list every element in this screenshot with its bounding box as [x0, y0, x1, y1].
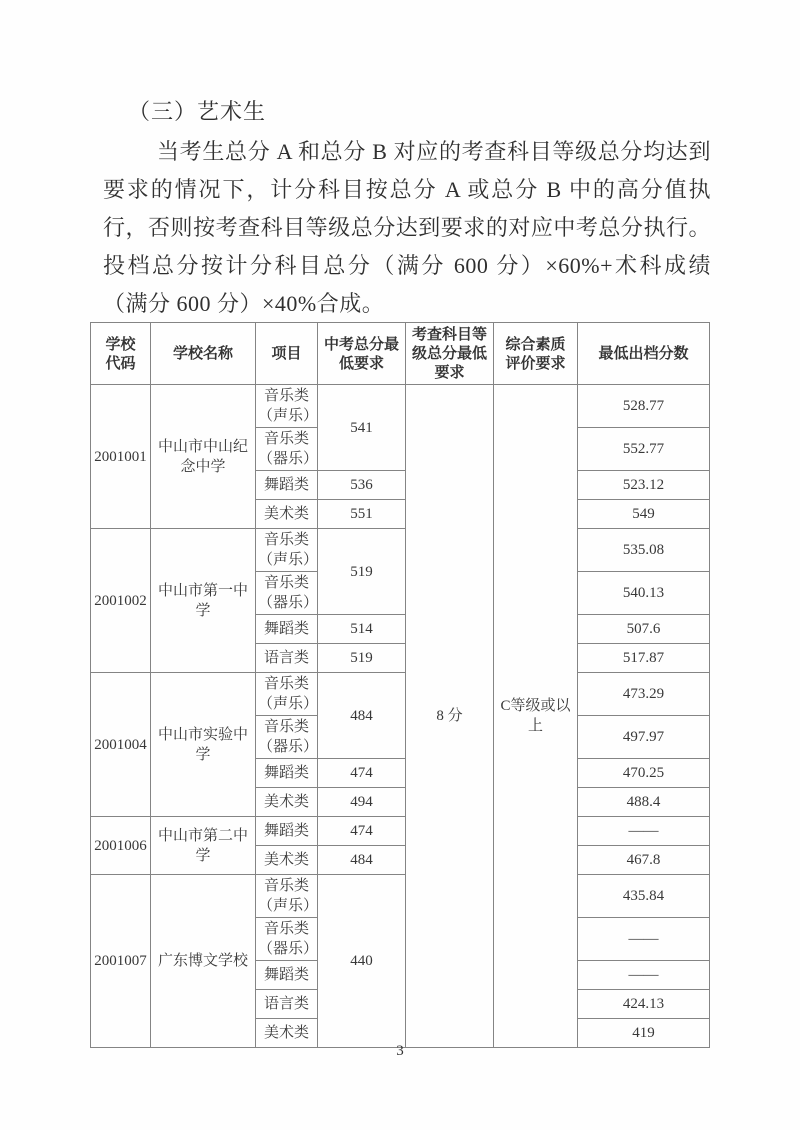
school-name-cell: 中山市实验中学 — [151, 673, 256, 817]
quality-requirement-cell: C等级或以上 — [494, 385, 578, 1048]
min-archive-score-cell: 435.84 — [578, 875, 710, 918]
section-title: （三）艺术生 — [103, 95, 266, 126]
school-code-cell: 2001004 — [91, 673, 151, 817]
min-archive-score-cell: 470.25 — [578, 759, 710, 788]
min-archive-score-cell: 497.97 — [578, 716, 710, 759]
column-header: 综合素质 评价要求 — [494, 323, 578, 385]
column-header: 学校 代码 — [91, 323, 151, 385]
school-code-cell: 2001007 — [91, 875, 151, 1048]
min-archive-score-cell: —— — [578, 918, 710, 961]
page-number: 3 — [0, 1043, 800, 1060]
category-cell: 音乐类 （器乐） — [256, 428, 318, 471]
school-code-cell: 2001006 — [91, 817, 151, 875]
table-row: 2001007广东博文学校音乐类 （声乐）440435.84 — [91, 875, 710, 918]
column-header: 学校名称 — [151, 323, 256, 385]
category-cell: 音乐类 （器乐） — [256, 918, 318, 961]
min-archive-score-cell: 473.29 — [578, 673, 710, 716]
min-total-score-cell: 484 — [318, 673, 406, 759]
category-cell: 美术类 — [256, 846, 318, 875]
column-header: 考查科目等 级总分最低 要求 — [406, 323, 494, 385]
min-total-score-cell: 551 — [318, 500, 406, 529]
min-archive-score-cell: 424.13 — [578, 990, 710, 1019]
min-archive-score-cell: 517.87 — [578, 644, 710, 673]
category-cell: 舞蹈类 — [256, 961, 318, 990]
min-total-score-cell: 541 — [318, 385, 406, 471]
exam-grade-requirement-cell: 8 分 — [406, 385, 494, 1048]
category-cell: 音乐类 （声乐） — [256, 673, 318, 716]
column-header: 项目 — [256, 323, 318, 385]
min-archive-score-cell: 552.77 — [578, 428, 710, 471]
category-cell: 音乐类 （器乐） — [256, 716, 318, 759]
category-cell: 美术类 — [256, 500, 318, 529]
min-total-score-cell: 494 — [318, 788, 406, 817]
min-total-score-cell: 519 — [318, 644, 406, 673]
table-body: 2001001中山市中山纪念中学音乐类 （声乐）5418 分C等级或以上528.… — [91, 385, 710, 1048]
table-row: 2001002中山市第一中学音乐类 （声乐）519535.08 — [91, 529, 710, 572]
table-row: 2001004中山市实验中学音乐类 （声乐）484473.29 — [91, 673, 710, 716]
min-total-score-cell: 536 — [318, 471, 406, 500]
category-cell: 语言类 — [256, 990, 318, 1019]
category-cell: 舞蹈类 — [256, 471, 318, 500]
min-archive-score-cell: 535.08 — [578, 529, 710, 572]
category-cell: 音乐类 （器乐） — [256, 572, 318, 615]
column-header: 最低出档分数 — [578, 323, 710, 385]
category-cell: 音乐类 （声乐） — [256, 529, 318, 572]
school-name-cell: 中山市第二中学 — [151, 817, 256, 875]
school-code-cell: 2001002 — [91, 529, 151, 673]
min-archive-score-cell: 549 — [578, 500, 710, 529]
school-name-cell: 中山市第一中学 — [151, 529, 256, 673]
header-row: 学校 代码学校名称项目中考总分最 低要求考查科目等 级总分最低 要求综合素质 评… — [91, 323, 710, 385]
min-total-score-cell: 474 — [318, 759, 406, 788]
min-archive-score-cell: 467.8 — [578, 846, 710, 875]
min-total-score-cell: 514 — [318, 615, 406, 644]
min-archive-score-cell: 528.77 — [578, 385, 710, 428]
category-cell: 美术类 — [256, 788, 318, 817]
min-total-score-cell: 440 — [318, 875, 406, 1048]
min-archive-score-cell: 523.12 — [578, 471, 710, 500]
category-cell: 舞蹈类 — [256, 615, 318, 644]
category-cell: 舞蹈类 — [256, 817, 318, 846]
min-archive-score-cell: 488.4 — [578, 788, 710, 817]
min-total-score-cell: 474 — [318, 817, 406, 846]
table-row: 2001001中山市中山纪念中学音乐类 （声乐）5418 分C等级或以上528.… — [91, 385, 710, 428]
document-page: （三）艺术生 当考生总分 A 和总分 B 对应的考查科目等级总分均达到要求的情况… — [0, 0, 800, 1130]
category-cell: 音乐类 （声乐） — [256, 385, 318, 428]
min-archive-score-cell: —— — [578, 817, 710, 846]
min-archive-score-cell: 540.13 — [578, 572, 710, 615]
min-archive-score-cell: —— — [578, 961, 710, 990]
category-cell: 语言类 — [256, 644, 318, 673]
scores-table: 学校 代码学校名称项目中考总分最 低要求考查科目等 级总分最低 要求综合素质 评… — [90, 322, 710, 1048]
school-name-cell: 中山市中山纪念中学 — [151, 385, 256, 529]
min-archive-score-cell: 507.6 — [578, 615, 710, 644]
school-name-cell: 广东博文学校 — [151, 875, 256, 1048]
min-total-score-cell: 519 — [318, 529, 406, 615]
column-header: 中考总分最 低要求 — [318, 323, 406, 385]
school-code-cell: 2001001 — [91, 385, 151, 529]
table-row: 2001006中山市第二中学舞蹈类474—— — [91, 817, 710, 846]
category-cell: 音乐类 （声乐） — [256, 875, 318, 918]
category-cell: 舞蹈类 — [256, 759, 318, 788]
min-total-score-cell: 484 — [318, 846, 406, 875]
body-paragraph: 当考生总分 A 和总分 B 对应的考查科目等级总分均达到要求的情况下，计分科目按… — [103, 133, 711, 323]
